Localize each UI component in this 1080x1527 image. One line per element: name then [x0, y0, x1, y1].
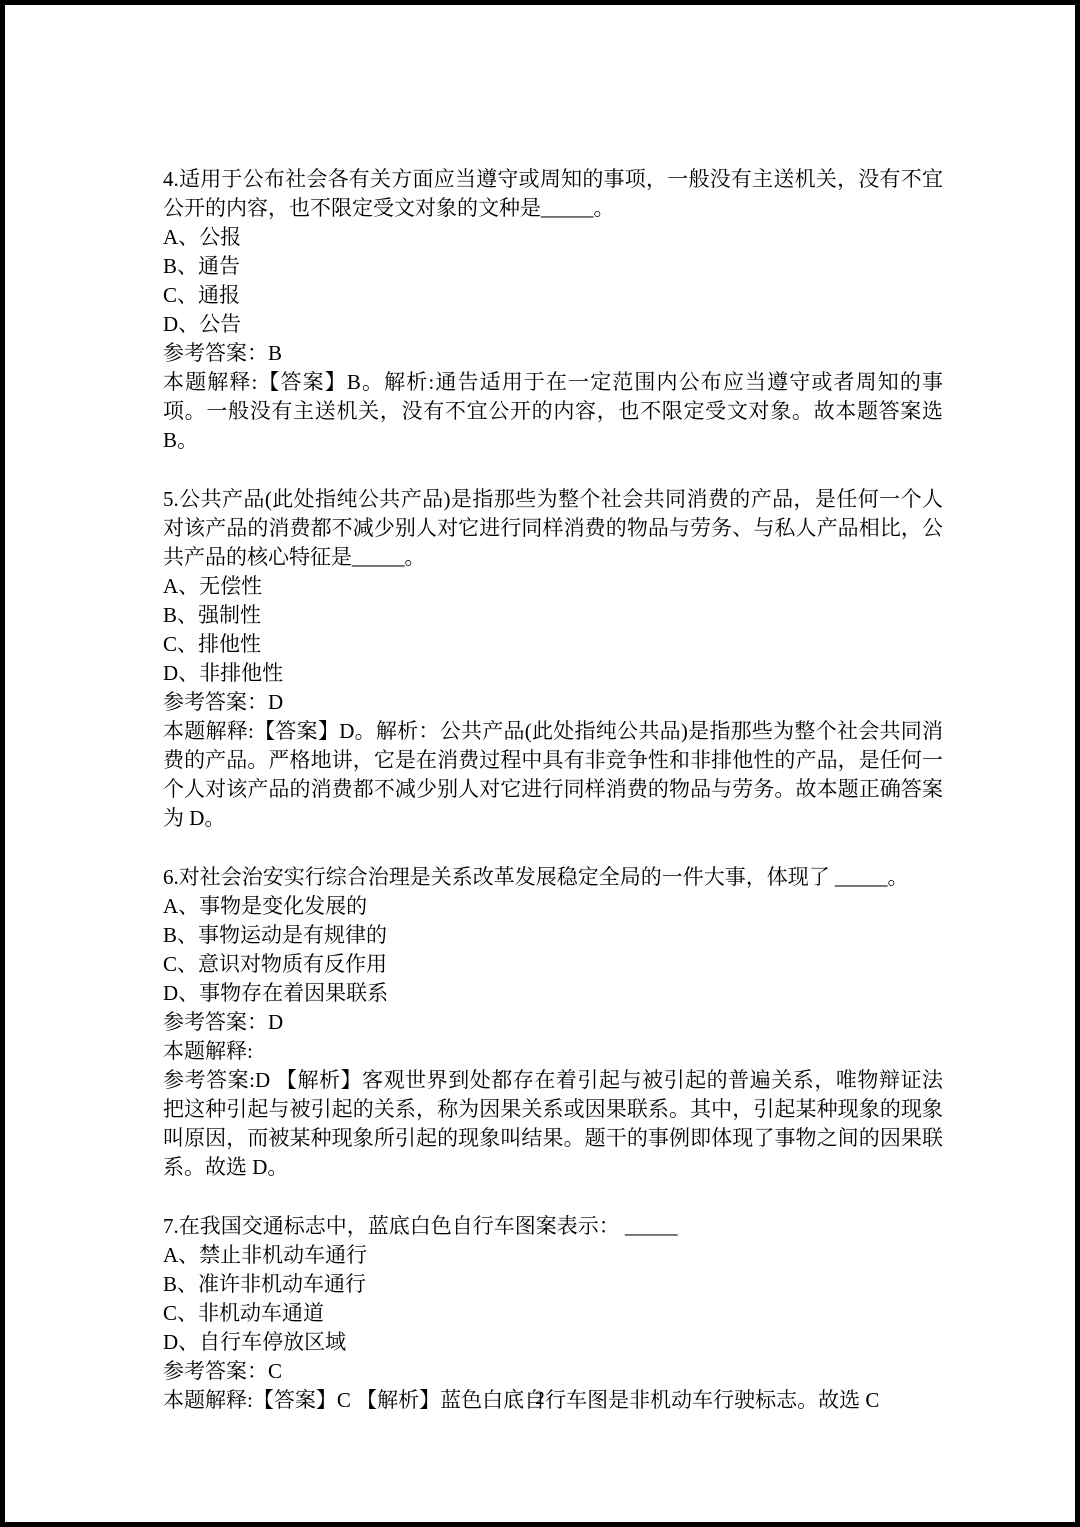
question-stem: 5.公共产品(此处指纯公共产品)是指那些为整个社会共同消费的产品，是任何一个人对…: [163, 485, 943, 572]
answer-line: 参考答案：D: [163, 688, 943, 717]
option-d: D、非排他性: [163, 659, 943, 688]
explanation-paragraph: 本题解释:【答案】B。解析:通告适用于在一定范围内公布应当遵守或者周知的事项。一…: [163, 368, 943, 455]
question-4: 4.适用于公布社会各有关方面应当遵守或周知的事项，一般没有主送机关，没有不宜公开…: [163, 165, 943, 455]
option-b: B、准许非机动车通行: [163, 1270, 943, 1299]
question-7: 7.在我国交通标志中，蓝底白色自行车图案表示： _____ A、禁止非机动车通行…: [163, 1212, 943, 1415]
option-c: C、非机动车通道: [163, 1299, 943, 1328]
option-c: C、意识对物质有反作用: [163, 950, 943, 979]
question-6: 6.对社会治安实行综合治理是关系改革发展稳定全局的一件大事，体现了 _____。…: [163, 863, 943, 1182]
page-number: 2: [5, 1388, 1075, 1410]
explanation-label: 本题解释:: [163, 1037, 943, 1066]
option-d: D、自行车停放区域: [163, 1328, 943, 1357]
question-stem: 6.对社会治安实行综合治理是关系改革发展稳定全局的一件大事，体现了 _____。: [163, 863, 943, 892]
document-content: 4.适用于公布社会各有关方面应当遵守或周知的事项，一般没有主送机关，没有不宜公开…: [163, 165, 943, 1445]
question-stem: 7.在我国交通标志中，蓝底白色自行车图案表示： _____: [163, 1212, 943, 1241]
option-c: C、排他性: [163, 630, 943, 659]
option-b: B、通告: [163, 252, 943, 281]
explanation-paragraph: 本题解释:【答案】D。解析：公共产品(此处指纯公共品)是指那些为整个社会共同消费…: [163, 717, 943, 833]
option-b: B、强制性: [163, 601, 943, 630]
document-page: 4.适用于公布社会各有关方面应当遵守或周知的事项，一般没有主送机关，没有不宜公开…: [0, 0, 1080, 1527]
question-stem: 4.适用于公布社会各有关方面应当遵守或周知的事项，一般没有主送机关，没有不宜公开…: [163, 165, 943, 223]
option-a: A、无偿性: [163, 572, 943, 601]
explanation-paragraph: 参考答案:D 【解析】客观世界到处都存在着引起与被引起的普遍关系，唯物辩证法把这…: [163, 1066, 943, 1182]
question-5: 5.公共产品(此处指纯公共产品)是指那些为整个社会共同消费的产品，是任何一个人对…: [163, 485, 943, 833]
option-d: D、公告: [163, 310, 943, 339]
option-c: C、通报: [163, 281, 943, 310]
option-d: D、事物存在着因果联系: [163, 979, 943, 1008]
option-b: B、事物运动是有规律的: [163, 921, 943, 950]
answer-line: 参考答案：C: [163, 1357, 943, 1386]
option-a: A、事物是变化发展的: [163, 892, 943, 921]
option-a: A、禁止非机动车通行: [163, 1241, 943, 1270]
answer-line: 参考答案：B: [163, 339, 943, 368]
option-a: A、公报: [163, 223, 943, 252]
answer-line: 参考答案：D: [163, 1008, 943, 1037]
